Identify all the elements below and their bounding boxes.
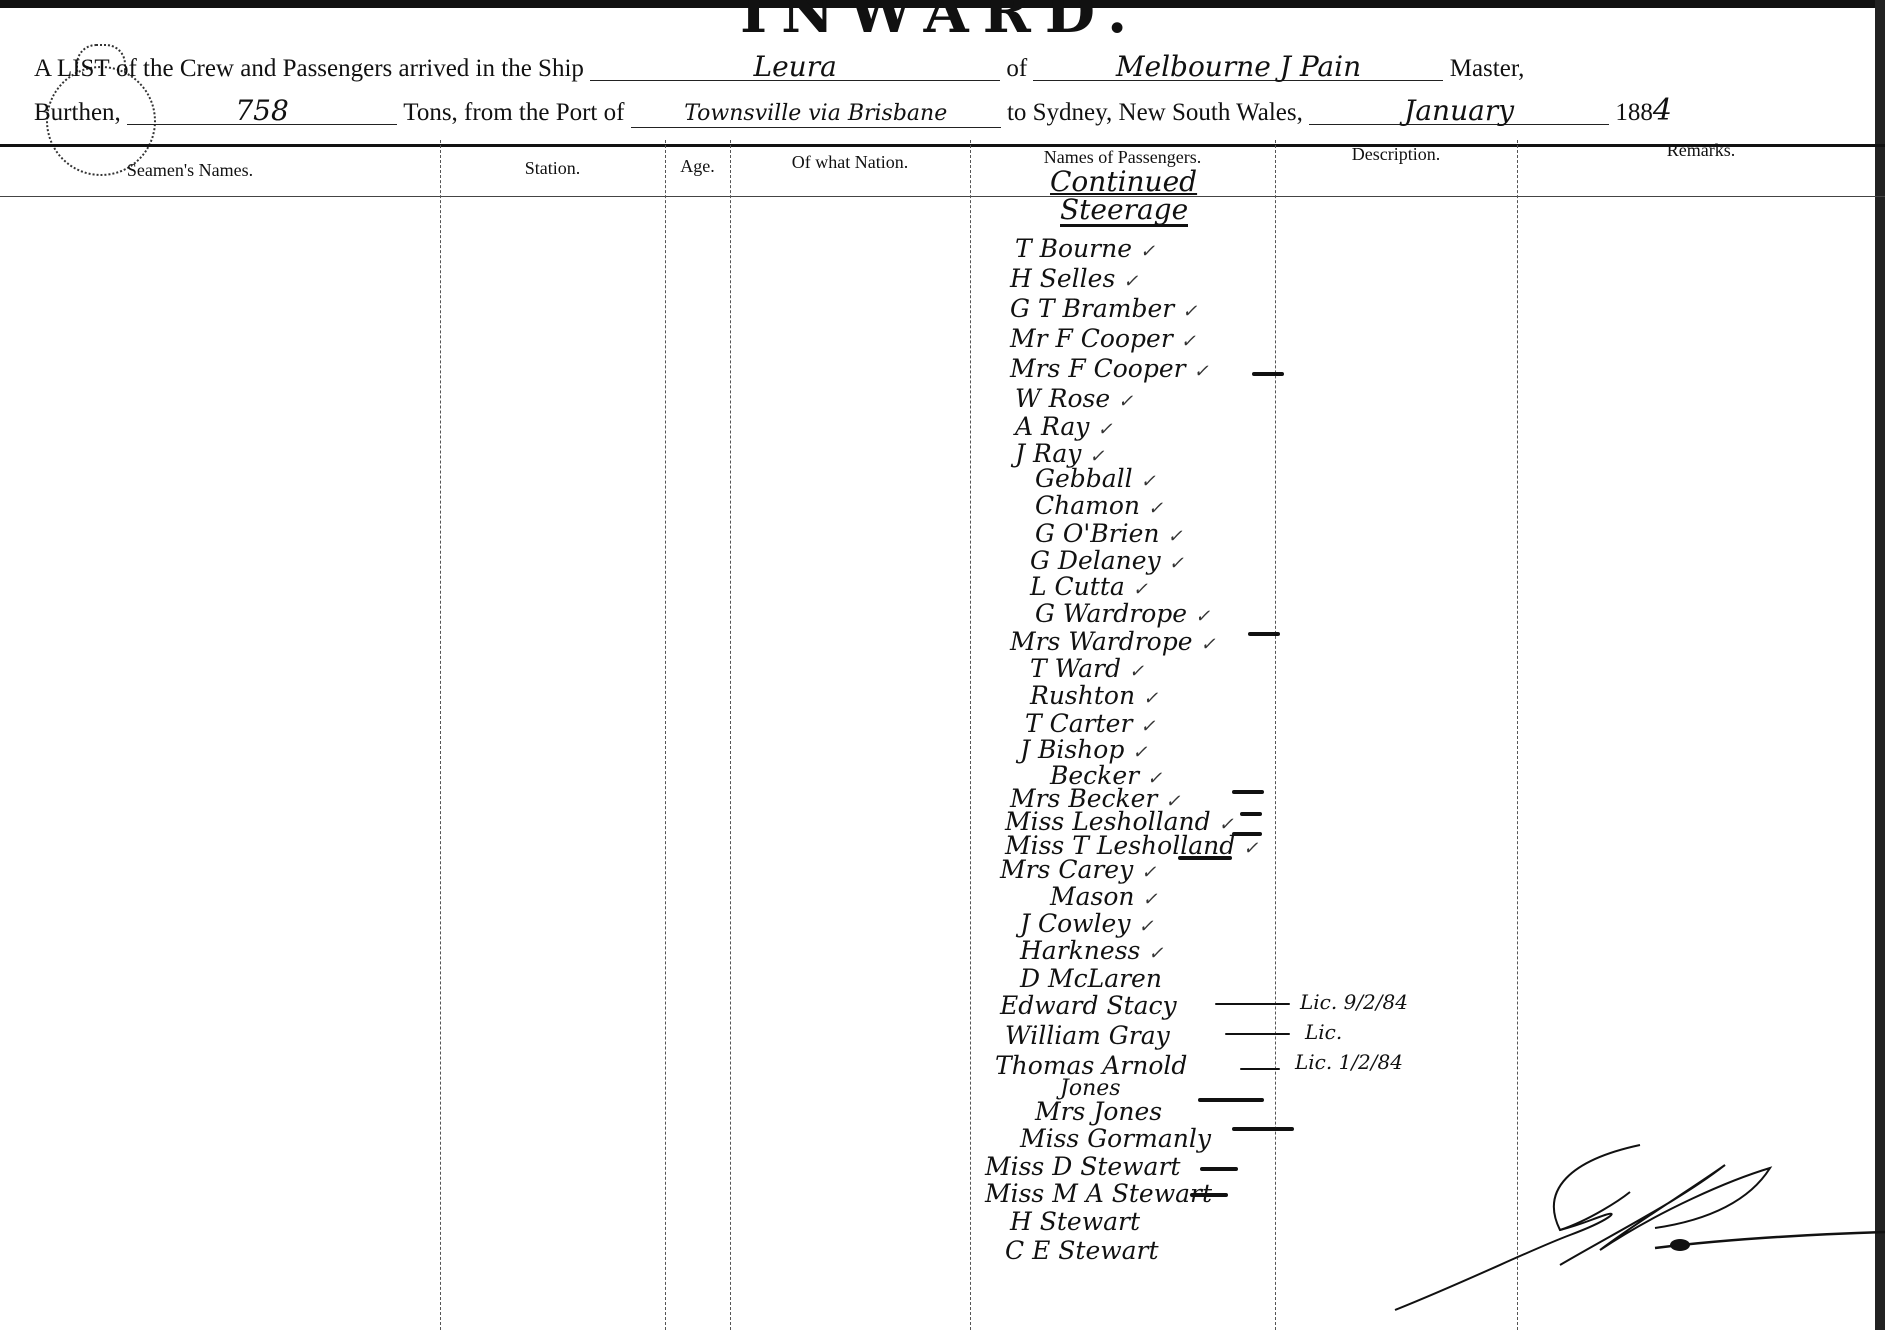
- check-mark-icon: ✓: [1168, 526, 1183, 547]
- form-title: INWARD.: [740, 0, 1141, 46]
- check-mark-icon: ✓: [1143, 688, 1158, 709]
- column-divider: [1275, 140, 1277, 1330]
- col-nation: Of what Nation.: [730, 152, 970, 173]
- col-station: Station.: [440, 158, 665, 179]
- continued-label: Continued: [1050, 168, 1197, 196]
- check-mark-icon: ✓: [1097, 419, 1112, 440]
- passenger-entry: Miss D Stewart: [985, 1153, 1180, 1181]
- pen-dash: [1252, 372, 1284, 376]
- steerage-heading: Steerage: [1060, 196, 1188, 227]
- passenger-entry: T Bourne✓: [1015, 235, 1155, 266]
- pen-dash: [1190, 1193, 1228, 1197]
- destination-label: to Sydney, New South Wales,: [1007, 99, 1303, 127]
- pen-dash: [1240, 1068, 1280, 1070]
- passenger-entry: H Stewart: [1010, 1208, 1140, 1236]
- pen-dash: [1178, 856, 1232, 860]
- column-divider: [440, 140, 442, 1330]
- check-mark-icon: ✓: [1138, 916, 1153, 937]
- check-mark-icon: ✓: [1141, 862, 1156, 883]
- check-mark-icon: ✓: [1182, 301, 1197, 322]
- column-header-divider: [0, 196, 1885, 197]
- pen-dash: [1232, 832, 1262, 836]
- check-mark-icon: ✓: [1201, 634, 1216, 655]
- month-field: January: [1309, 98, 1609, 125]
- check-mark-icon: ✓: [1143, 889, 1158, 910]
- col-age: Age.: [665, 156, 730, 177]
- passenger-entry: William Gray: [1005, 1022, 1170, 1050]
- check-mark-icon: ✓: [1123, 271, 1138, 292]
- column-divider: [970, 140, 972, 1330]
- description-license: Lic.: [1305, 1020, 1342, 1044]
- pen-dash: [1232, 1127, 1294, 1131]
- pen-dash: [1200, 1167, 1238, 1171]
- check-mark-icon: ✓: [1132, 742, 1147, 763]
- year-prefix: 188: [1615, 99, 1653, 127]
- master-name-field: Melbourne J Pain: [1033, 54, 1443, 81]
- column-divider: [665, 140, 667, 1330]
- passenger-entry: Miss M A Stewart: [985, 1180, 1212, 1208]
- description-license: Lic. 9/2/84: [1300, 990, 1408, 1014]
- passenger-entry: Mr F Cooper✓: [1010, 325, 1196, 356]
- check-mark-icon: ✓: [1129, 661, 1144, 682]
- check-mark-icon: ✓: [1195, 606, 1210, 627]
- check-mark-icon: ✓: [1181, 331, 1196, 352]
- check-mark-icon: ✓: [1194, 361, 1209, 382]
- pen-dash: [1240, 812, 1262, 816]
- passenger-entry: G T Bramber✓: [1010, 295, 1197, 326]
- passenger-entry: Miss Gormanly: [1020, 1125, 1211, 1153]
- list-prefix: A LIST: [34, 55, 110, 83]
- header-line-port: Burthen, 758 Tons, from the Port of Town…: [34, 93, 1672, 128]
- burthen-label: Burthen,: [34, 99, 121, 127]
- check-mark-icon: ✓: [1140, 716, 1155, 737]
- year-suffix: 4: [1653, 93, 1672, 128]
- col-remarks: Remarks.: [1517, 140, 1885, 161]
- passenger-entry: Mrs F Cooper✓: [1010, 355, 1209, 386]
- tons-field: 758: [127, 98, 397, 125]
- check-mark-icon: ✓: [1118, 391, 1133, 412]
- of-label: of: [1006, 55, 1027, 83]
- passenger-entry: Mrs Jones: [1035, 1098, 1162, 1126]
- passenger-entry: D McLaren: [1020, 965, 1162, 993]
- port-field: Townsville via Brisbane: [631, 101, 1001, 128]
- column-divider: [730, 140, 732, 1330]
- check-mark-icon: ✓: [1148, 498, 1163, 519]
- check-mark-icon: ✓: [1141, 471, 1156, 492]
- list-text: of the Crew and Passengers arrived in th…: [116, 55, 584, 83]
- master-signature: [1390, 1120, 1885, 1330]
- pen-dash: [1232, 790, 1264, 794]
- pen-dash: [1225, 1033, 1290, 1035]
- passenger-entry: Edward Stacy: [1000, 992, 1177, 1020]
- passenger-entry: H Selles✓: [1010, 265, 1138, 296]
- check-mark-icon: ✓: [1169, 553, 1184, 574]
- master-label: Master,: [1450, 55, 1525, 83]
- col-seamens-names: Seamen's Names.: [90, 160, 290, 181]
- header-line-ship: A LIST of the Crew and Passengers arrive…: [34, 54, 1524, 83]
- check-mark-icon: ✓: [1140, 241, 1155, 262]
- pen-dash: [1215, 1003, 1290, 1005]
- pen-dash: [1198, 1098, 1264, 1102]
- pen-dash: [1248, 632, 1280, 636]
- ship-name-field: Leura: [590, 54, 1000, 81]
- check-mark-icon: ✓: [1133, 579, 1148, 600]
- col-description: Description.: [1275, 144, 1517, 165]
- description-license: Lic. 1/2/84: [1295, 1050, 1403, 1074]
- check-mark-icon: ✓: [1243, 838, 1258, 859]
- passenger-entry: C E Stewart: [1005, 1237, 1159, 1265]
- check-mark-icon: ✓: [1148, 943, 1163, 964]
- tons-label: Tons, from the Port of: [403, 99, 624, 127]
